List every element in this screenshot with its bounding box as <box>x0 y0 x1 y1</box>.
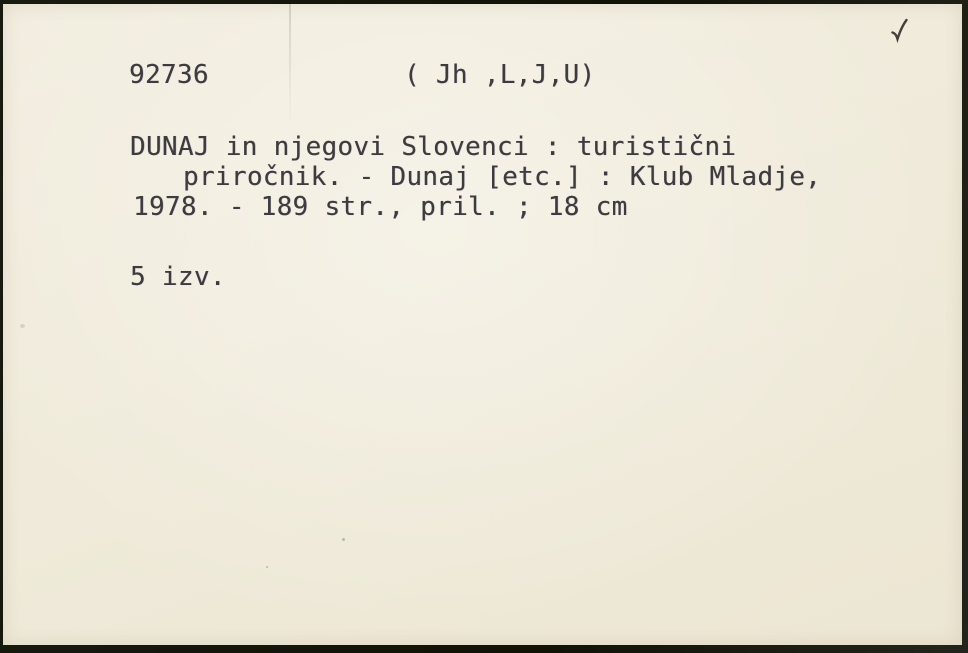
bibliographic-entry-line3: 1978. - 189 str., pril. ; 18 cm <box>133 192 628 222</box>
copies-note: 5 izv. <box>130 262 226 292</box>
bibliographic-entry-line1: DUNAJ in njegovi Slovenci : turistični <box>130 132 736 162</box>
scan-speck <box>20 324 25 328</box>
scanned-catalog-card: 92736 ( Jh ,L,J,U) DUNAJ in njegovi Slov… <box>0 0 968 653</box>
scan-speck <box>266 566 268 568</box>
scan-crease <box>289 4 291 124</box>
handwritten-checkmark-icon <box>886 17 912 49</box>
card-surface: 92736 ( Jh ,L,J,U) DUNAJ in njegovi Slov… <box>3 4 962 645</box>
classification-code: ( Jh ,L,J,U) <box>404 60 595 90</box>
scan-speck <box>342 538 345 541</box>
bibliographic-entry-line2: priročnik. - Dunaj [etc.] : Klub Mladje, <box>183 162 821 192</box>
call-number: 92736 <box>129 60 209 90</box>
